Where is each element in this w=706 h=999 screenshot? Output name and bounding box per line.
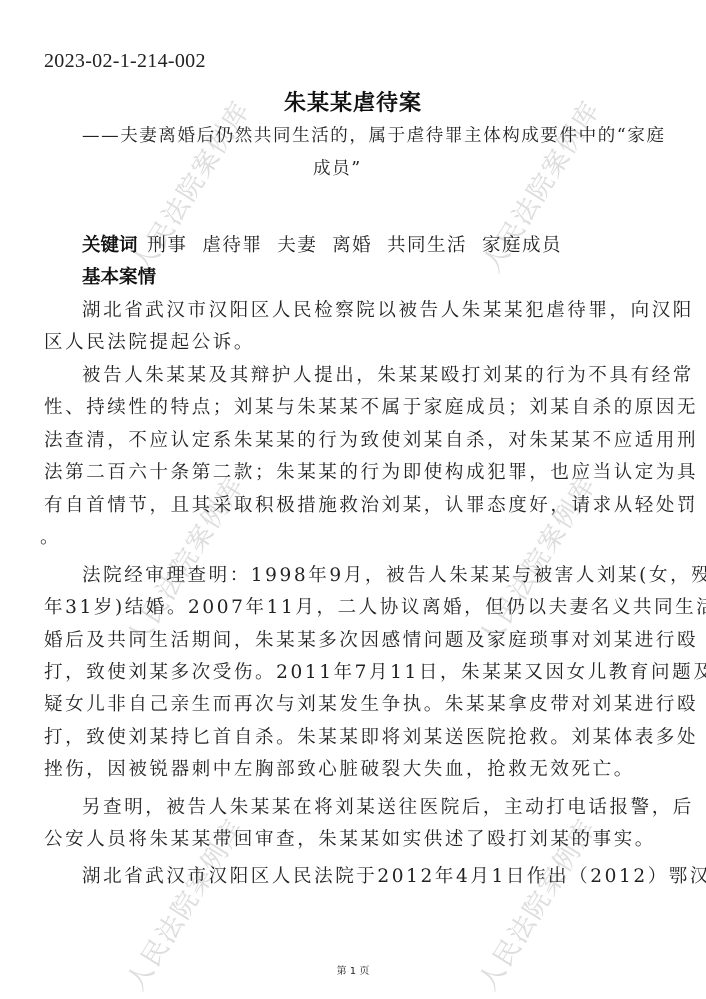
keyword-tag: 共同生活 [387, 235, 467, 256]
keywords-row: 关键词 刑事 虐待罪 夫妻 离婚 共同生活 家庭成员 [82, 231, 571, 257]
body-text-line: 法院经审理查明：1998年9月，被告人朱某某与被害人刘某(女，殁 [82, 565, 706, 587]
body-text-line: 被告人朱某某及其辩护人提出，朱某某殴打刘某的行为不具有经常 [82, 365, 694, 387]
body-text-line: 法查清，不应认定系朱某某的行为致使刘某自杀，对朱某某不应适用刑 [44, 430, 698, 452]
body-text-line: 。 [40, 527, 61, 549]
body-text-line: 婚后及共同生活期间，朱某某多次因感情问题及家庭琐事对刘某进行殴 [44, 630, 698, 652]
keywords-label: 关键词 [82, 235, 138, 256]
body-text-line: 区人民法院提起公诉。 [44, 332, 255, 354]
case-number: 2023-02-1-214-002 [44, 50, 206, 73]
body-text-line: 疑女儿非自己亲生而再次与刘某发生争执。朱某某拿皮带对刘某进行殴 [44, 694, 698, 716]
body-text-line: 公安人员将朱某某带回审查，朱某某如实供述了殴打刘某的事实。 [44, 829, 656, 851]
case-subtitle-line-1: ——夫妻离婚后仍然共同生活的，属于虐待罪主体构成要件中的“家庭 [82, 122, 666, 147]
body-text-line: 有自首情节，且其采取积极措施救治刘某，认罪态度好，请求从轻处罚 [44, 495, 698, 517]
body-text-line: 另查明，被告人朱某某在将刘某送往医院后，主动打电话报警，后 [82, 797, 694, 819]
body-text-line: 湖北省武汉市汉阳区人民法院于2012年4月1日作出（2012）鄂汉阳 [82, 866, 706, 888]
body-text-line: 法第二百六十条第二款；朱某某的行为即使构成犯罪，也应当认定为具 [44, 462, 698, 484]
body-text-line: 湖北省武汉市汉阳区人民检察院以被告人朱某某犯虐待罪，向汉阳 [82, 300, 694, 322]
keyword-tag: 家庭成员 [482, 235, 562, 256]
body-text-line: 打，致使刘某多次受伤。2011年7月11日，朱某某又因女儿教育问题及怀 [44, 662, 706, 684]
body-text-line: 挫伤，因被锐器刺中左胸部致心脏破裂大失血，抢救无效死亡。 [44, 759, 635, 781]
document-page: 2023-02-1-214-002 朱某某虐待案 ——夫妻离婚后仍然共同生活的，… [0, 0, 706, 999]
body-text-line: 年31岁)结婚。2007年11月，二人协议离婚，但仍以夫妻名义共同生活。 [44, 597, 706, 619]
keyword-tag: 夫妻 [277, 235, 317, 256]
keyword-tag: 虐待罪 [202, 235, 262, 256]
case-title: 朱某某虐待案 [0, 86, 706, 117]
page-number: 第 1 页 [0, 962, 706, 977]
case-subtitle-line-2: 成员” [313, 155, 362, 180]
keyword-tag: 离婚 [332, 235, 372, 256]
body-text-line: 打，致使刘某持匕首自杀。朱某某即将刘某送医院抢救。刘某体表多处 [44, 727, 698, 749]
keyword-tag: 刑事 [147, 235, 187, 256]
section-heading-basic-facts: 基本案情 [82, 263, 156, 289]
body-text-line: 性、持续性的特点；刘某与朱某某不属于家庭成员；刘某自杀的原因无 [44, 397, 698, 419]
